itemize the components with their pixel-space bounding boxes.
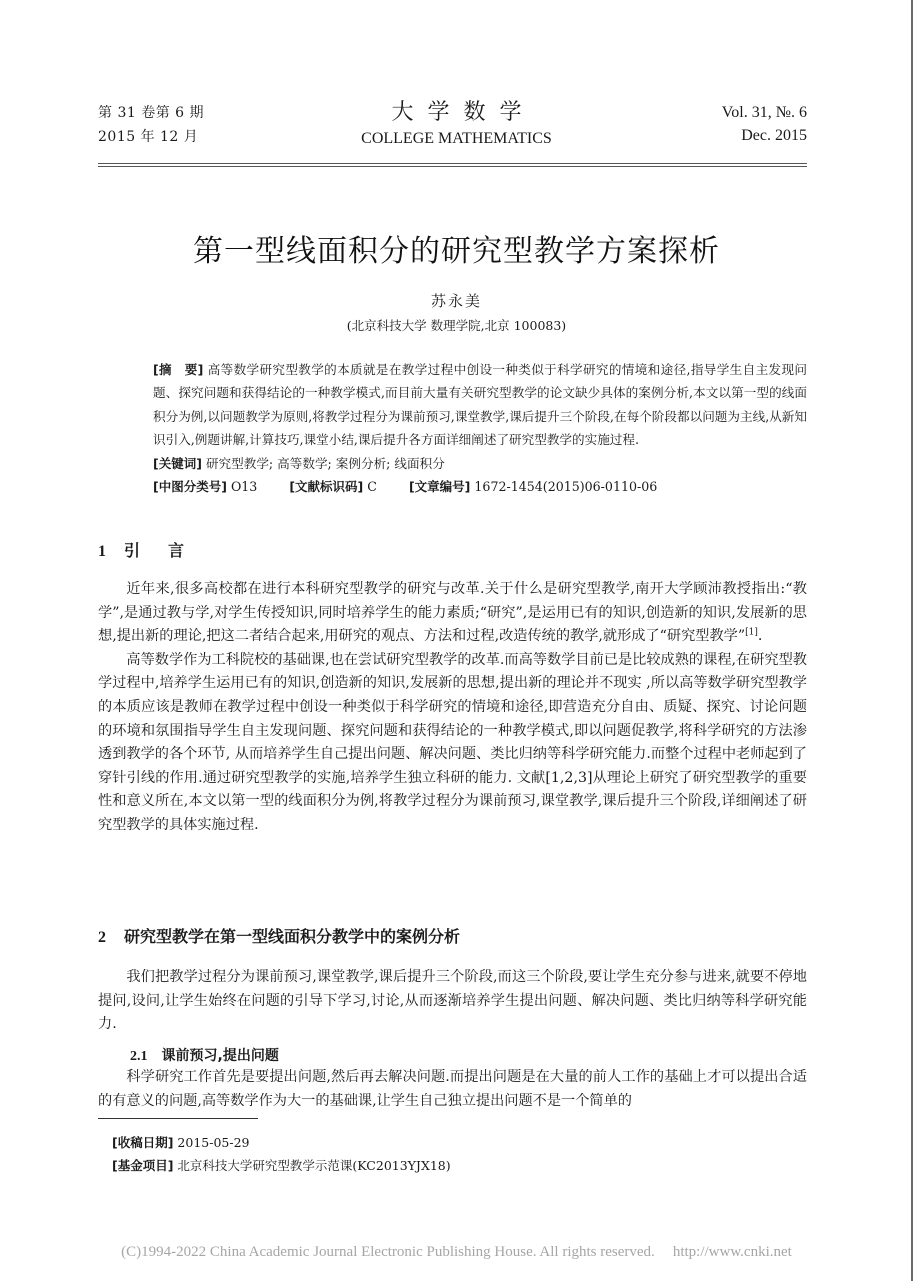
section-1-body: 近年来,很多高校都在进行本科研究型教学的研究与改革.关于什么是研究型教学,南开大… xyxy=(98,578,807,838)
paragraph-text: 近年来,很多高校都在进行本科研究型教学的研究与改革.关于什么是研究型教学,南开大… xyxy=(98,581,807,644)
paragraph: 我们把教学过程分为课前预习,课堂教学,课后提升三个阶段,而这三个阶段,要让学生充… xyxy=(98,966,807,1037)
keywords: 研究型教学; 高等数学; 案例分析; 线面积分 xyxy=(206,456,445,471)
volume-issue-en: Vol. 31, №. 6 xyxy=(722,104,807,122)
keywords-line: [关键词] 研究型教学; 高等数学; 案例分析; 线面积分 xyxy=(137,452,807,475)
section-title: 引言 xyxy=(124,541,212,560)
header-right: Vol. 31, №. 6 Dec. 2015 xyxy=(722,104,807,150)
subsection-number: 2.1 xyxy=(130,1049,148,1064)
cnki-link[interactable]: http://www.cnki.net xyxy=(673,1244,792,1260)
section-1-heading: 1引言 xyxy=(98,538,212,561)
copyright-footer: (C)1994-2022 China Academic Journal Elec… xyxy=(0,1244,913,1261)
abstract-text: 高等数学研究型教学的本质就是在教学过程中创设一种类似于科学研究的情境和途径,指导… xyxy=(153,362,807,447)
received-date: 2015-05-29 xyxy=(177,1135,249,1150)
footnote-fund: [基金项目] 北京科技大学研究型教学示范课(KC2013YJX18) xyxy=(112,1156,451,1174)
copyright-text: (C)1994-2022 China Academic Journal Elec… xyxy=(121,1244,655,1260)
clc-value: O13 xyxy=(231,479,257,494)
subsection-2-1-heading: 2.1课前预习,提出问题 xyxy=(130,1045,279,1065)
keywords-label: [关键词] xyxy=(153,456,202,471)
section-title: 研究型教学在第一型线面积分教学中的案例分析 xyxy=(124,927,460,946)
header-double-rule xyxy=(98,163,807,167)
section-2-body: 我们把教学过程分为课前预习,课堂教学,课后提升三个阶段,而这三个阶段,要让学生充… xyxy=(98,966,807,1037)
subsection-title: 课前预习,提出问题 xyxy=(162,1048,279,1064)
date-en: Dec. 2015 xyxy=(722,127,807,145)
paragraph: 近年来,很多高校都在进行本科研究型教学的研究与改革.关于什么是研究型教学,南开大… xyxy=(98,578,807,649)
article-id-value: 1672-1454(2015)06-0110-06 xyxy=(474,479,657,494)
article-title: 第一型线面积分的研究型教学方案探析 xyxy=(0,226,913,270)
paragraph-end: . xyxy=(758,628,763,644)
abstract: [摘 要] 高等数学研究型教学的本质就是在教学过程中创设一种类似于科学研究的情境… xyxy=(137,358,807,452)
section-2-heading: 2研究型教学在第一型线面积分教学中的案例分析 xyxy=(98,924,460,947)
footnote-rule xyxy=(98,1118,258,1119)
author: 苏永美 xyxy=(0,290,913,311)
paragraph: 高等数学作为工科院校的基础课,也在尝试研究型教学的改革.而高等数学目前已是比较成… xyxy=(98,649,807,838)
received-label: [收稿日期] xyxy=(112,1135,173,1150)
paragraph: 科学研究工作首先是要提出问题,然后再去解决问题.而提出问题是在大量的前人工作的基… xyxy=(98,1066,807,1113)
section-number: 1 xyxy=(98,543,106,560)
doc-code-label: [文献标识码] xyxy=(289,479,363,494)
clc-label: [中图分类号] xyxy=(153,479,227,494)
doc-code-value: C xyxy=(367,479,377,494)
article-id-label: [文章编号] xyxy=(409,479,470,494)
classification-line: [中图分类号] O13 [文献标识码] C [文章编号] 1672-1454(2… xyxy=(137,475,807,498)
fund-label: [基金项目] xyxy=(112,1158,173,1173)
section-number: 2 xyxy=(98,929,106,946)
fund-value: 北京科技大学研究型教学示范课(KC2013YJX18) xyxy=(177,1158,450,1173)
subsection-2-1-body: 科学研究工作首先是要提出问题,然后再去解决问题.而提出问题是在大量的前人工作的基… xyxy=(98,1066,807,1113)
citation: [1] xyxy=(745,627,758,637)
abstract-label: [摘 要] xyxy=(153,362,203,377)
affiliation: (北京科技大学 数理学院,北京 100083) xyxy=(0,316,913,334)
abstract-block: [摘 要] 高等数学研究型教学的本质就是在教学过程中创设一种类似于科学研究的情境… xyxy=(137,358,807,498)
footnote-received: [收稿日期] 2015-05-29 xyxy=(112,1133,250,1151)
